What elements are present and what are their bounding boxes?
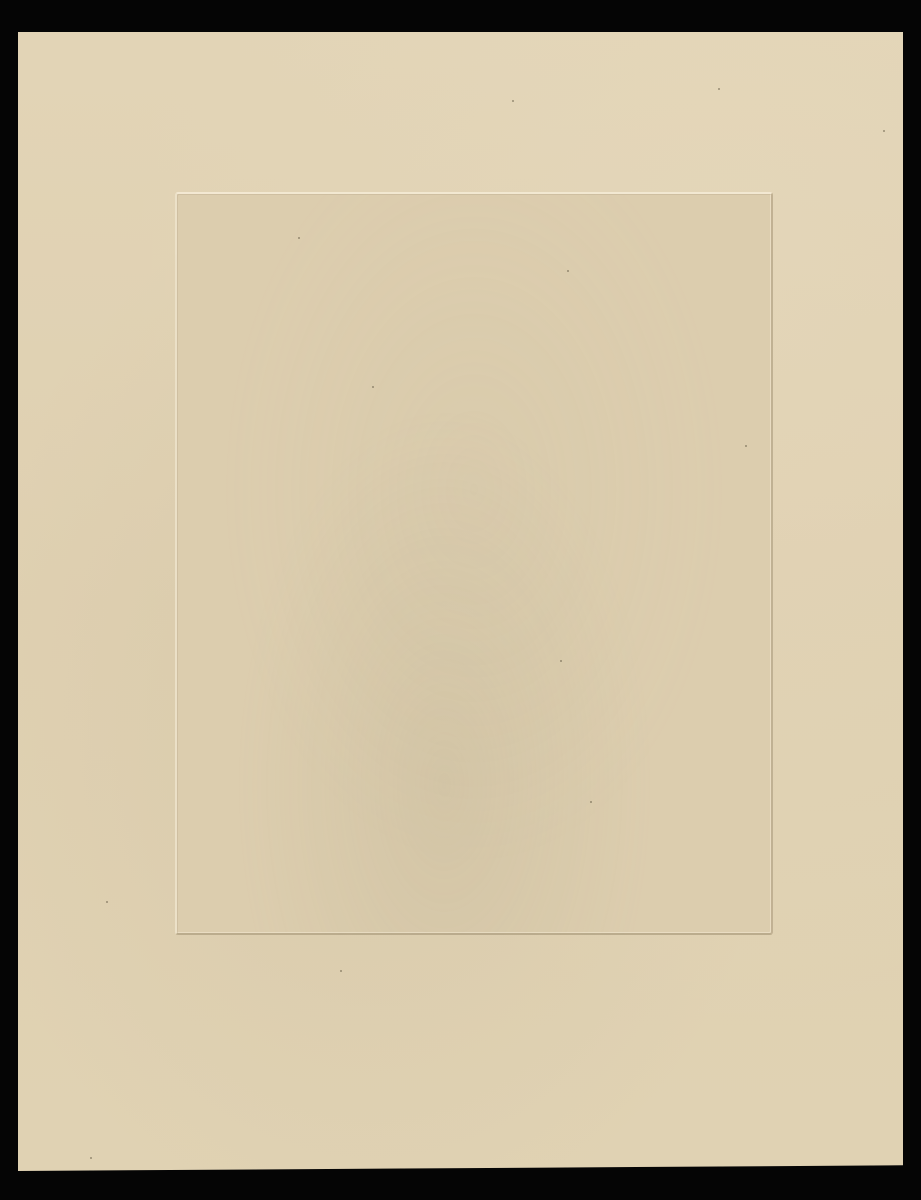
scan-background (0, 0, 921, 1200)
paper-speck (718, 88, 720, 90)
paper-speck (745, 445, 747, 447)
paper-speck (567, 270, 569, 272)
paper-speck (106, 901, 108, 903)
paper-speck (512, 100, 514, 102)
paper-speck (560, 660, 562, 662)
plate-mark-impression (175, 192, 773, 935)
paper-card (18, 32, 903, 1171)
paper-speck (340, 970, 342, 972)
paper-speck (883, 130, 885, 132)
paper-speck (372, 386, 374, 388)
paper-speck (90, 1157, 92, 1159)
paper-speck (590, 801, 592, 803)
paper-speck (298, 237, 300, 239)
